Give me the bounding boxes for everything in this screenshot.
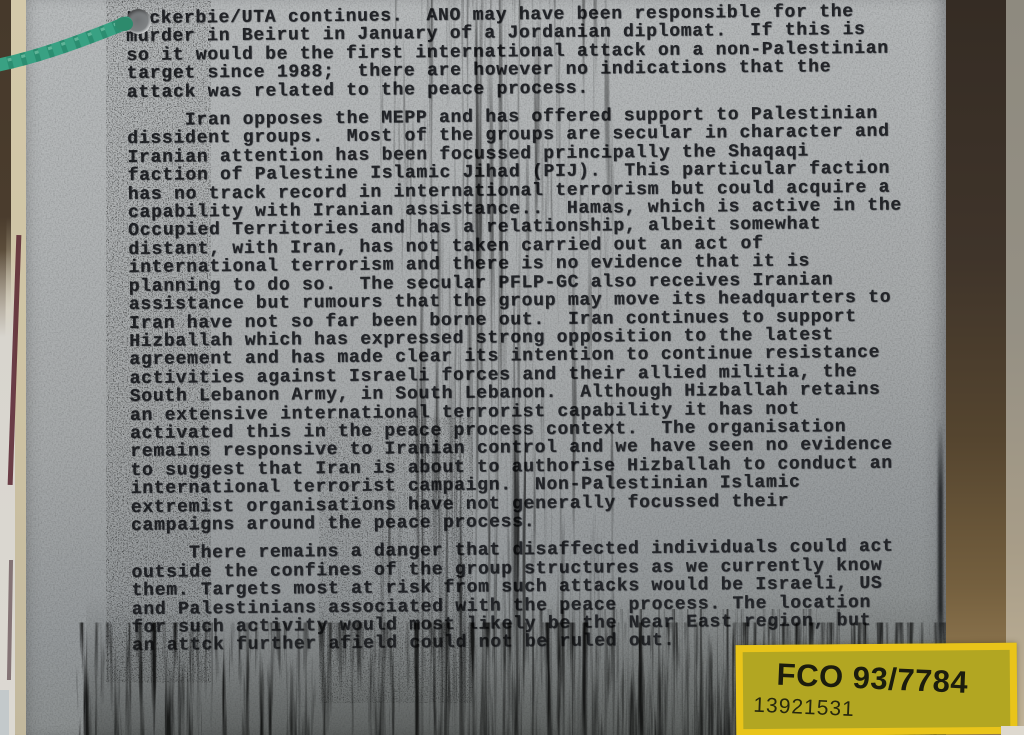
page-corner-sliver [1001, 726, 1024, 735]
paragraph-lockerbie: Lockerbie/UTA continues. ANO may have be… [126, 2, 927, 102]
archive-reference-number: FCO 93/7784 [776, 657, 969, 701]
background-patch-bottom-left [0, 690, 9, 735]
document-text-block: Lockerbie/UTA continues. ANO may have be… [126, 2, 932, 665]
archive-label-text-group: FCO 93/7784 13921531 [740, 651, 1010, 735]
document-page: Lockerbie/UTA continues. ANO may have be… [26, 0, 946, 735]
archive-reference-label: FCO 93/7784 13921531 [736, 643, 1018, 735]
document-photo-scene: Lockerbie/UTA continues. ANO may have be… [0, 0, 1024, 735]
underlying-page-edge-right [1004, 0, 1024, 735]
punch-hole [126, 9, 151, 34]
photocopy-edge-streak [938, 420, 943, 655]
archive-item-number: 13921531 [753, 694, 855, 722]
desk-shadow-gap-right [936, 0, 1006, 735]
paragraph-iran-mepp: Iran opposes the MEPP and has offered su… [127, 104, 931, 535]
